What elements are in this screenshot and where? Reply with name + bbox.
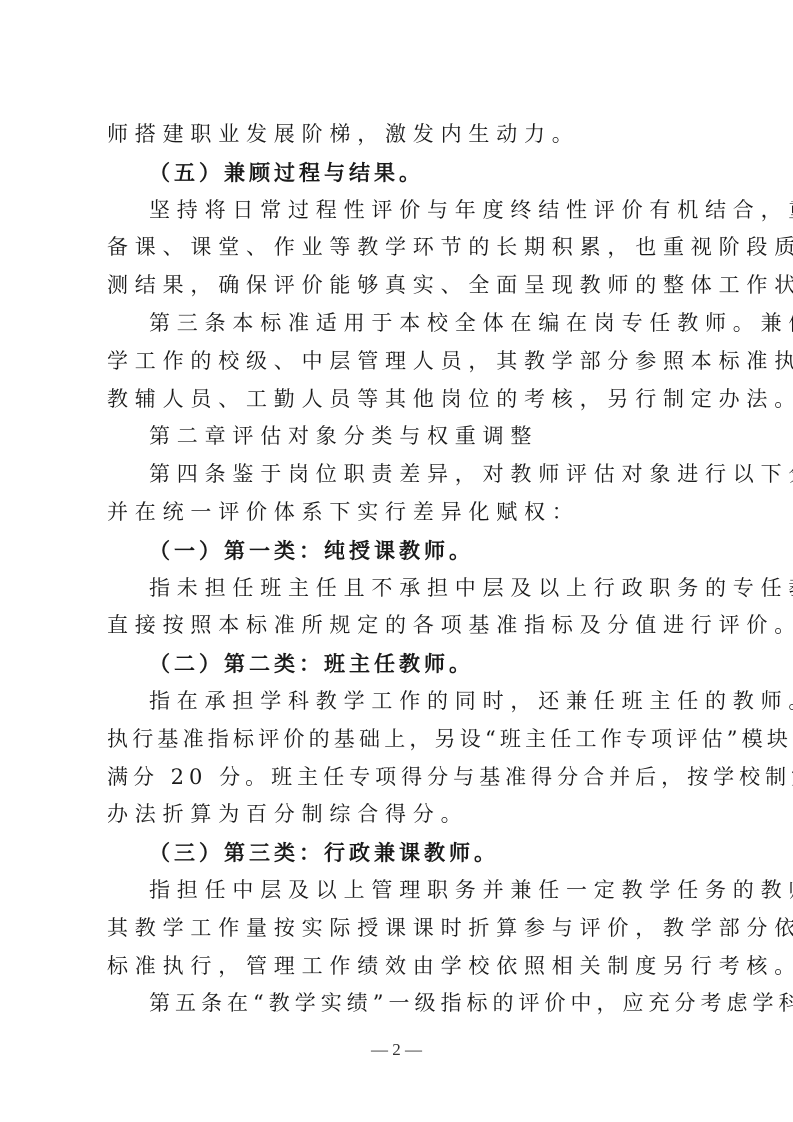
paragraph-line: 第四条鉴于岗位职责差异，对教师评估对象进行以下分类， bbox=[107, 456, 689, 494]
section-heading: （二）第二类：班主任教师。 bbox=[107, 645, 689, 683]
section-heading: （一）第一类：纯授课教师。 bbox=[107, 532, 689, 570]
paragraph-line: 指未担任班主任且不承担中层及以上行政职务的专任教师， bbox=[107, 570, 689, 608]
paragraph-line: 师搭建职业发展阶梯，激发内生动力。 bbox=[107, 116, 689, 154]
page-number: — 2 — bbox=[0, 1040, 793, 1060]
document-page: 师搭建职业发展阶梯，激发内生动力。 （五）兼顾过程与结果。 坚持将日常过程性评价… bbox=[107, 116, 689, 1023]
chapter-title: 第二章评估对象分类与权重调整 bbox=[107, 418, 689, 456]
paragraph-line: 测结果，确保评价能够真实、全面呈现教师的整体工作状况。 bbox=[107, 267, 689, 305]
paragraph-line: 指在承担学科教学工作的同时，还兼任班主任的教师。在 bbox=[107, 683, 689, 721]
section-heading: （五）兼顾过程与结果。 bbox=[107, 154, 689, 192]
paragraph-line: 指担任中层及以上管理职务并兼任一定教学任务的教师。 bbox=[107, 872, 689, 910]
paragraph-line: 直接按照本标准所规定的各项基准指标及分值进行评价。 bbox=[107, 607, 689, 645]
paragraph-line: 标准执行，管理工作绩效由学校依照相关制度另行考核。 bbox=[107, 948, 689, 986]
paragraph-line: 其教学工作量按实际授课课时折算参与评价，教学部分依照本 bbox=[107, 910, 689, 948]
paragraph-line: 满分 20 分。班主任专项得分与基准得分合并后，按学校制定的 bbox=[107, 759, 689, 797]
paragraph-line: 教辅人员、工勤人员等其他岗位的考核，另行制定办法。 bbox=[107, 381, 689, 419]
section-heading: （三）第三类：行政兼课教师。 bbox=[107, 834, 689, 872]
paragraph-line: 第三条本标准适用于本校全体在编在岗专任教师。兼任教 bbox=[107, 305, 689, 343]
paragraph-line: 学工作的校级、中层管理人员，其教学部分参照本标准执行； bbox=[107, 343, 689, 381]
paragraph-line: 第五条在“教学实绩”一级指标的评价中，应充分考虑学科 bbox=[107, 985, 689, 1023]
paragraph-line: 办法折算为百分制综合得分。 bbox=[107, 796, 689, 834]
paragraph-line: 备课、课堂、作业等教学环节的长期积累，也重视阶段质量监 bbox=[107, 229, 689, 267]
paragraph-line: 执行基准指标评价的基础上，另设“班主任工作专项评估”模块， bbox=[107, 721, 689, 759]
paragraph-line: 并在统一评价体系下实行差异化赋权： bbox=[107, 494, 689, 532]
paragraph-line: 坚持将日常过程性评价与年度终结性评价有机结合，重视 bbox=[107, 192, 689, 230]
